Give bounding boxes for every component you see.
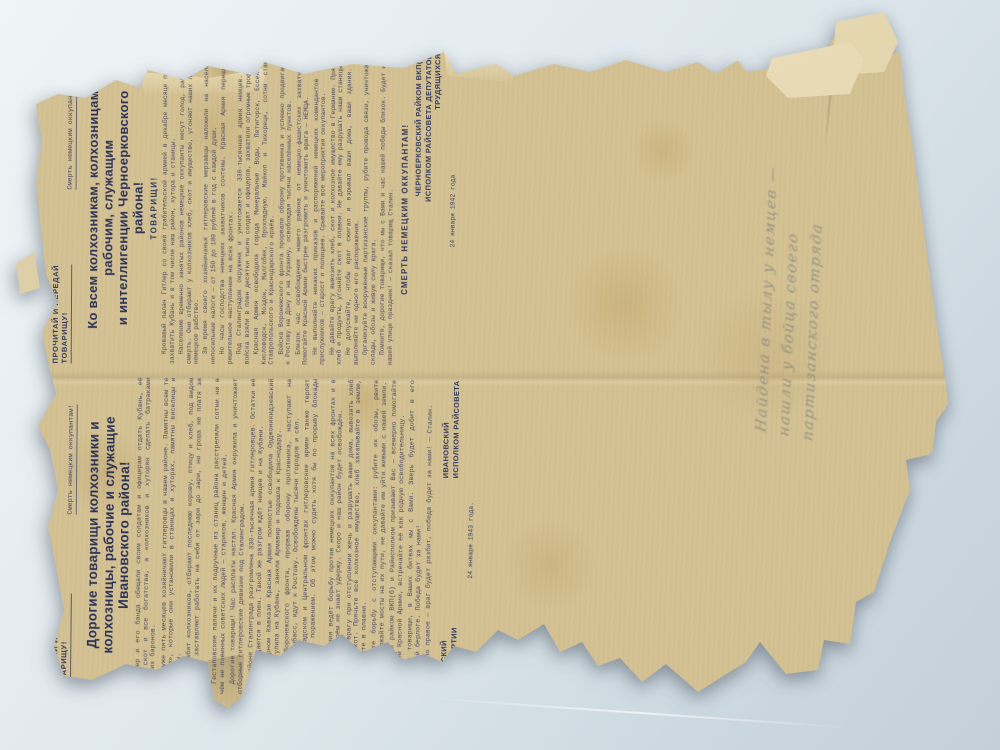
body-paragraph: Помните, дорогие товарищи, что мы с Вами…: [379, 53, 395, 365]
read-and-pass-on-label: ПРОЧИТАЙ И ПЕРЕДАЙТОВАРИЩУ!: [50, 594, 72, 693]
leaflet-ivanovsky: ПРОЧИТАЙ И ПЕРЕДАЙТОВАРИЩУ! Смерть немец…: [50, 376, 476, 696]
signature-line: РАЙКОМ ПАРТИИ: [449, 627, 460, 696]
leaflet-body-text: Кровавый палач Гитлер со своей грабитель…: [161, 52, 395, 365]
headline-line: Ивановского района!: [115, 377, 134, 693]
date-line: 24 января 1943 года.: [466, 381, 476, 697]
body-paragraph: На Ленинградском и Центральном фронтах г…: [302, 379, 329, 695]
body-paragraph: Организуйте вооружённые партизанские гру…: [362, 53, 378, 365]
body-paragraph: Гитлер и его банда обещали своим солдата…: [135, 377, 162, 693]
body-paragraph: Дорогие товарищи, в Ваших битвах мы с Ва…: [407, 380, 426, 696]
body-paragraph: Под Сталинградом окружена и уничтожается…: [236, 52, 252, 364]
body-paragraph: Наше дело правое — враг будет разбит, по…: [425, 380, 436, 696]
photo-of-document: { "photo": { "background_color": "#dbe5e…: [0, 0, 1000, 750]
death-to-occupiers-slogan: Смерть немецким оккупантам!: [67, 80, 78, 190]
body-paragraph: Войска Воронежского фронта прорвали обор…: [277, 53, 293, 365]
body-paragraph: Кровавый палач Гитлер со своей грабитель…: [161, 52, 177, 364]
body-paragraph: Войска Воронежского фронта, прорвав обор…: [284, 379, 303, 695]
photo-scene: ПРОЧИТАЙ И ПЕРЕДАЙТОВАРИЩУ! Смерть немец…: [0, 0, 1000, 750]
headline-line: и интеллигенции Черноерковского: [115, 52, 132, 364]
masthead-line: ПРОЧИТАЙ И ПЕРЕДАЙ: [51, 265, 61, 364]
signature-row: ИВАНОВСКИЙРАЙКОМ ПАРТИИ ИВАНОВСКИЙИСПОЛК…: [439, 380, 462, 696]
leaflet-chernoerkovsky: ПРОЧИТАЙ И ПЕРЕДАЙТОВАРИЩУ! Смерть немец…: [51, 51, 457, 365]
body-paragraph: За время своего хозяйничанья гитлеровски…: [202, 52, 218, 364]
body-paragraph: Ивановский райком ВКП(б) и Райисполком п…: [389, 380, 408, 696]
body-paragraph: Дорогие товарищи! Час расплаты настал. К…: [230, 378, 249, 694]
body-paragraph: Не выполняйте никаких приказов и распоря…: [311, 53, 327, 365]
body-paragraph: Не давайте врагу вывозить хлеб, скот и к…: [328, 53, 344, 365]
masthead-line: ТОВАРИЩУ!: [60, 265, 70, 364]
body-paragraph: Красная Армия освободила города Минераль…: [253, 53, 276, 365]
rotated-document: ПРОЧИТАЙ И ПЕРЕДАЙТОВАРИЩУ! Смерть немец…: [36, 20, 950, 705]
signature-line: ИВАНОВСКИЙ: [439, 627, 450, 696]
body-paragraph: Не давайте врагу при отступлении жечь и …: [345, 379, 372, 695]
masthead-row: ПРОЧИТАЙ И ПЕРЕДАЙТОВАРИЩУ! Смерть немец…: [50, 376, 78, 692]
leaflet-headline: Ко всем колхозникам, колхозницам,рабочим…: [85, 52, 147, 364]
body-paragraph: Вот уже пять месяцев хозяйничают гитлеро…: [161, 377, 188, 693]
paper-sheet: ПРОЧИТАЙ И ПЕРЕДАЙТОВАРИЩУ! Смерть немец…: [0, 0, 1000, 750]
body-paragraph: Они грабят колхозников, отбирают последн…: [186, 378, 213, 694]
body-paragraph: Но часы господства немецких захватчиков …: [219, 52, 235, 364]
read-and-pass-on-label: ПРОЧИТАЙ И ПЕРЕДАЙТОВАРИЩУ!: [51, 265, 72, 364]
paper-outer: ПРОЧИТАЙ И ПЕРЕДАЙТОВАРИЩУ! Смерть немец…: [0, 0, 1000, 750]
leaflet-headline: Дорогие товарищи колхозники иколхозницы,…: [84, 377, 134, 693]
signature-raikom-partii: ИВАНОВСКИЙРАЙКОМ ПАРТИИ: [439, 627, 460, 696]
body-paragraph: Населению временно занятых районов немец…: [178, 52, 201, 364]
date-line: 24 января 1942 года: [448, 54, 457, 366]
headline-line: рабочим, служащим: [100, 52, 117, 364]
body-paragraph: На Северном Кавказе Красная Армия полнос…: [266, 379, 285, 695]
signature-block: ЧЕРНОЕРКОВСКИЙ РАЙКОМ ВКП(б)ИСПОЛКОМ РАЙ…: [413, 53, 444, 365]
salutation-comrades: ТОВАРИЩИ!: [149, 52, 160, 364]
signature-ispolkom-raisoveta: ИВАНОВСКИЙИСПОЛКОМ РАЙСОВЕТА: [441, 380, 462, 478]
masthead-line: ТОВАРИЩУ!: [59, 594, 69, 693]
headline-line: Ко всем колхозникам, колхозницам,: [85, 52, 102, 364]
closing-slogan: СМЕРТЬ НЕМЕЦКИМ ОККУПАНТАМ!: [400, 53, 411, 365]
headline-line: района!: [130, 52, 147, 364]
leaflet-body-text: Гитлер и его банда обещали своим солдата…: [135, 377, 436, 696]
body-paragraph: Красная Армия ведёт борьбу против немецк…: [327, 379, 346, 695]
pencil-annotation: Найдена в тылу у немцев —нашли у бойца с…: [750, 70, 835, 442]
signature-line: ИСПОЛКОМ РАЙСОВЕТА: [451, 380, 462, 478]
body-paragraph: Не допускайте, чтобы враг сжигал и взрыв…: [345, 53, 361, 365]
masthead-row: ПРОЧИТАЙ И ПЕРЕДАЙТОВАРИЩУ! Смерть немец…: [51, 51, 78, 363]
masthead-line: ПРОЧИТАЙ И ПЕРЕДАЙ: [50, 594, 60, 693]
body-paragraph: Гестаповские палачи и их подручные из ст…: [212, 378, 231, 694]
body-paragraph: Близок час освобождения нашего района от…: [294, 53, 310, 365]
death-to-occupiers-slogan: Смерть немецким оккупантам!: [67, 404, 78, 514]
body-paragraph: Организуйте борьбу с отступающими оккупа…: [371, 380, 390, 696]
body-paragraph: В районе Сталинграда разгромлена 330-тыс…: [248, 378, 267, 694]
signature-line: ТРУДЯЩИХСЯ: [432, 53, 443, 365]
